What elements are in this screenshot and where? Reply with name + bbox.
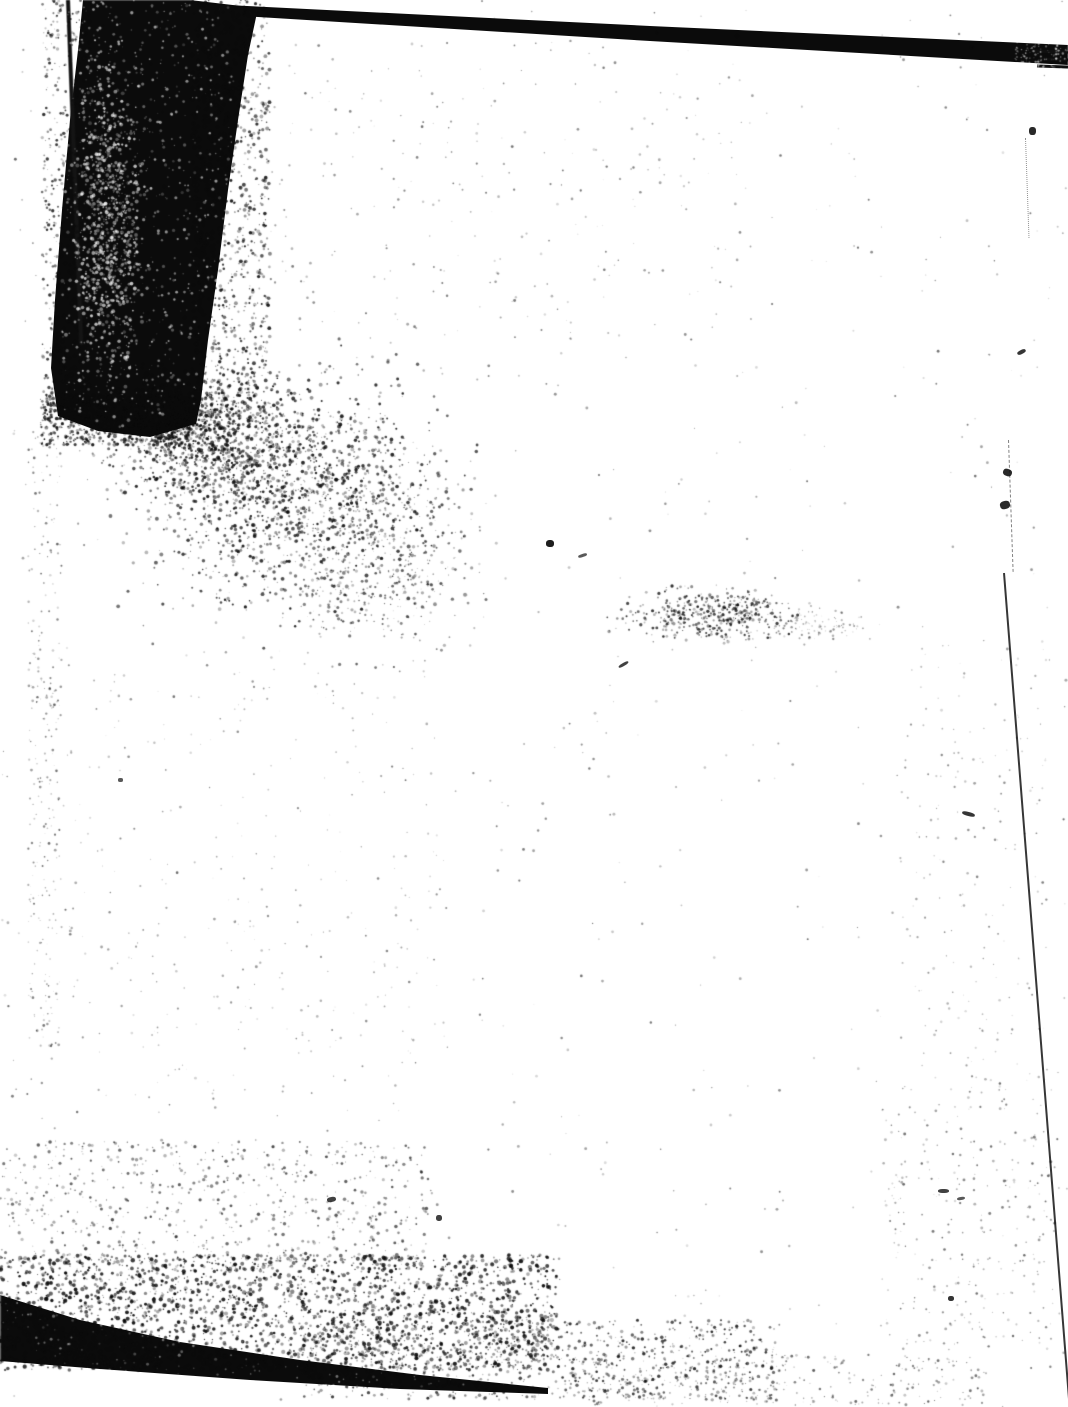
top-right-stripe-artifact — [1037, 64, 1068, 68]
scanned-page — [0, 0, 1068, 1407]
page-bottom-edge-shadow-artifact — [0, 0, 1068, 1407]
top-right-stripe-artifact — [1034, 49, 1068, 53]
ink-speck — [938, 1189, 949, 1193]
ink-speck — [999, 500, 1011, 510]
scratch-line-faint-upper-artifact — [1008, 440, 1014, 572]
page-left-edge-line-artifact — [66, 0, 83, 345]
ink-speck — [578, 553, 587, 558]
ink-speck — [618, 660, 629, 668]
ink-speck — [118, 778, 123, 782]
ink-speck — [957, 1196, 965, 1200]
ink-speck — [962, 810, 976, 817]
scan-noise-layer — [0, 0, 1068, 1407]
ink-speck — [1017, 348, 1027, 355]
ink-speck — [1002, 468, 1013, 478]
ink-speck — [1029, 127, 1036, 135]
ink-speck — [546, 540, 554, 547]
faint-dotted-line-artifact — [1025, 138, 1029, 238]
scratch-line-artifact — [1003, 573, 1068, 1401]
ink-speck — [948, 1296, 954, 1301]
top-right-stripe-artifact — [1040, 58, 1068, 62]
ink-speck — [327, 1196, 337, 1202]
ink-speck — [436, 1215, 442, 1221]
page-top-edge-bar-artifact — [0, 0, 1068, 1407]
binding-shadow-artifact — [0, 0, 1068, 1407]
